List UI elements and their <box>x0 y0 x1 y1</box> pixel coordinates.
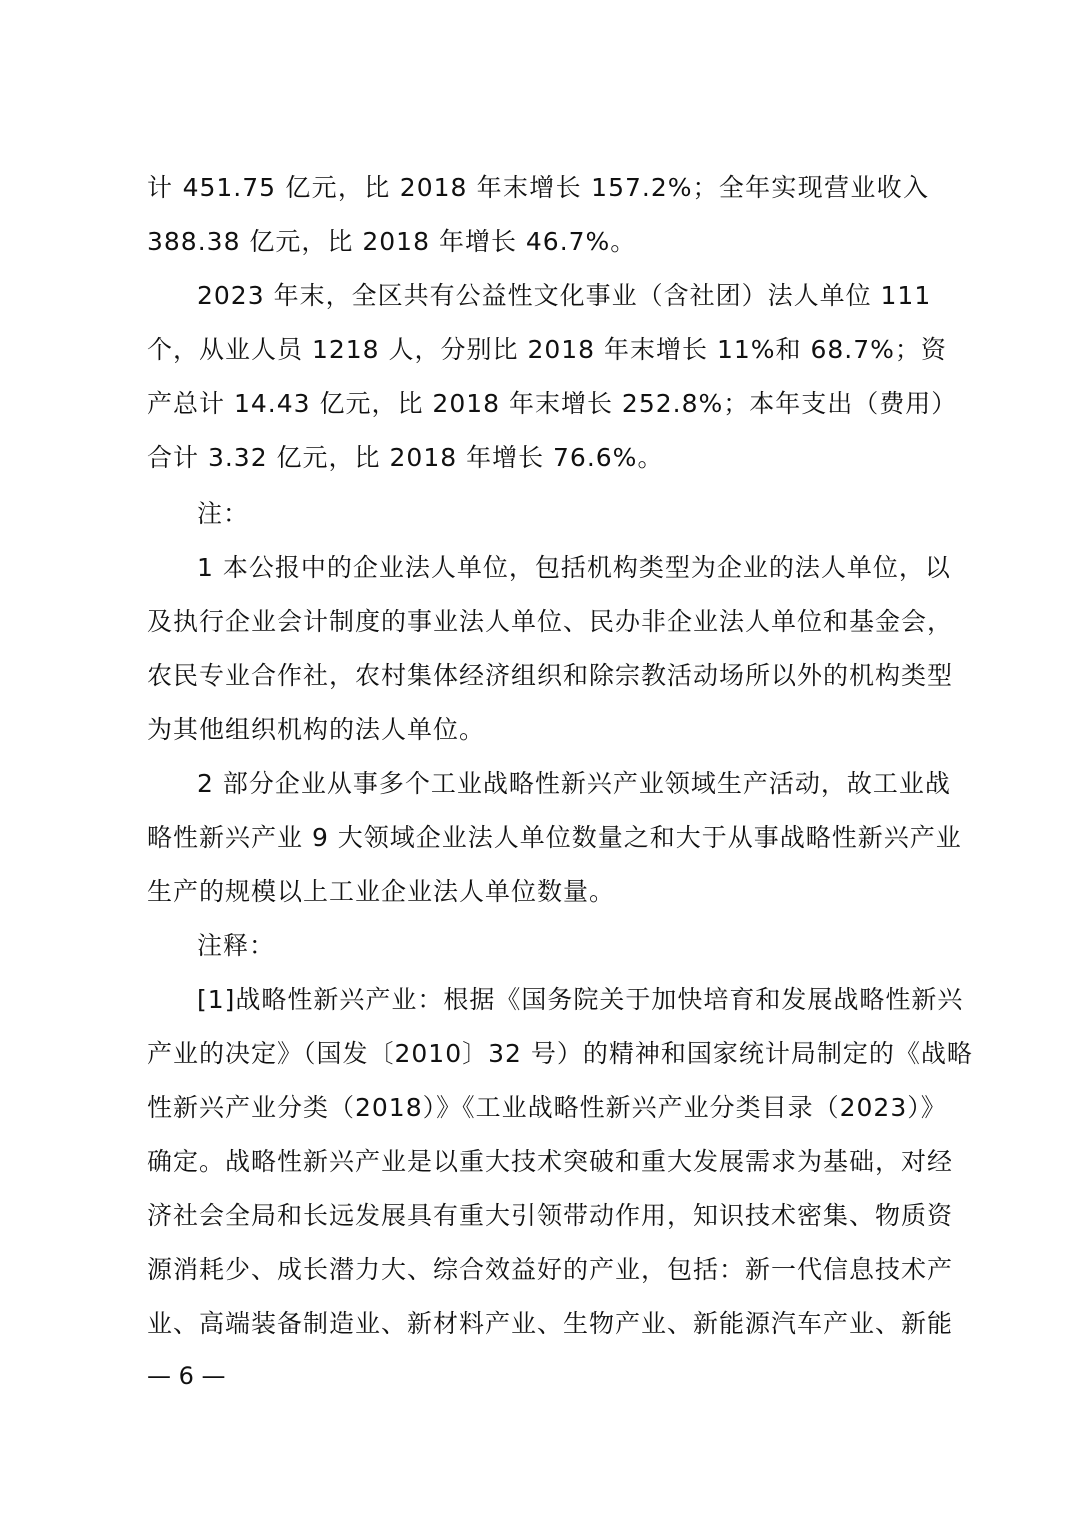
text-line: 产业的决定》（国发〔2010〕32 号）的精神和国家统计局制定的《战略 <box>147 1034 929 1074</box>
text-line: 生产的规模以上工业企业法人单位数量。 <box>147 872 929 912</box>
text-line: 2023 年末，全区共有公益性文化事业（含社团）法人单位 111 <box>197 276 929 316</box>
text-line: 源消耗少、成长潜力大、综合效益好的产业，包括：新一代信息技术产 <box>147 1250 929 1290</box>
text-line: 性新兴产业分类（2018）》《工业战略性新兴产业分类目录（2023）》 <box>147 1088 929 1128</box>
text-line: 及执行企业会计制度的事业法人单位、民办非企业法人单位和基金会， <box>147 602 929 642</box>
page-number: — 6 — <box>147 1360 226 1392</box>
text-line: 注： <box>197 494 929 534</box>
document-page: 计 451.75 亿元，比 2018 年末增长 157.2%；全年实现营业收入3… <box>0 0 1074 1520</box>
text-line: 略性新兴产业 9 大领域企业法人单位数量之和大于从事战略性新兴产业 <box>147 818 929 858</box>
text-line: 注释： <box>197 926 929 966</box>
text-line: 计 451.75 亿元，比 2018 年末增长 157.2%；全年实现营业收入 <box>147 168 929 208</box>
text-line: 农民专业合作社，农村集体经济组织和除宗教活动场所以外的机构类型 <box>147 656 929 696</box>
text-line: 济社会全局和长远发展具有重大引领带动作用，知识技术密集、物质资 <box>147 1196 929 1236</box>
text-line: 为其他组织机构的法人单位。 <box>147 710 929 750</box>
text-line: 388.38 亿元，比 2018 年增长 46.7%。 <box>147 222 929 262</box>
text-line: 产总计 14.43 亿元，比 2018 年末增长 252.8%；本年支出（费用） <box>147 384 929 424</box>
text-line: 个，从业人员 1218 人，分别比 2018 年末增长 11%和 68.7%；资 <box>147 330 929 370</box>
text-line: [1]战略性新兴产业：根据《国务院关于加快培育和发展战略性新兴 <box>197 980 929 1020</box>
text-line: 业、高端装备制造业、新材料产业、生物产业、新能源汽车产业、新能 <box>147 1304 929 1344</box>
text-line: 合计 3.32 亿元，比 2018 年增长 76.6%。 <box>147 438 929 478</box>
text-line: 1 本公报中的企业法人单位，包括机构类型为企业的法人单位，以 <box>197 548 929 588</box>
text-line: 确定。战略性新兴产业是以重大技术突破和重大发展需求为基础，对经 <box>147 1142 929 1182</box>
text-line: 2 部分企业从事多个工业战略性新兴产业领域生产活动，故工业战 <box>197 764 929 804</box>
